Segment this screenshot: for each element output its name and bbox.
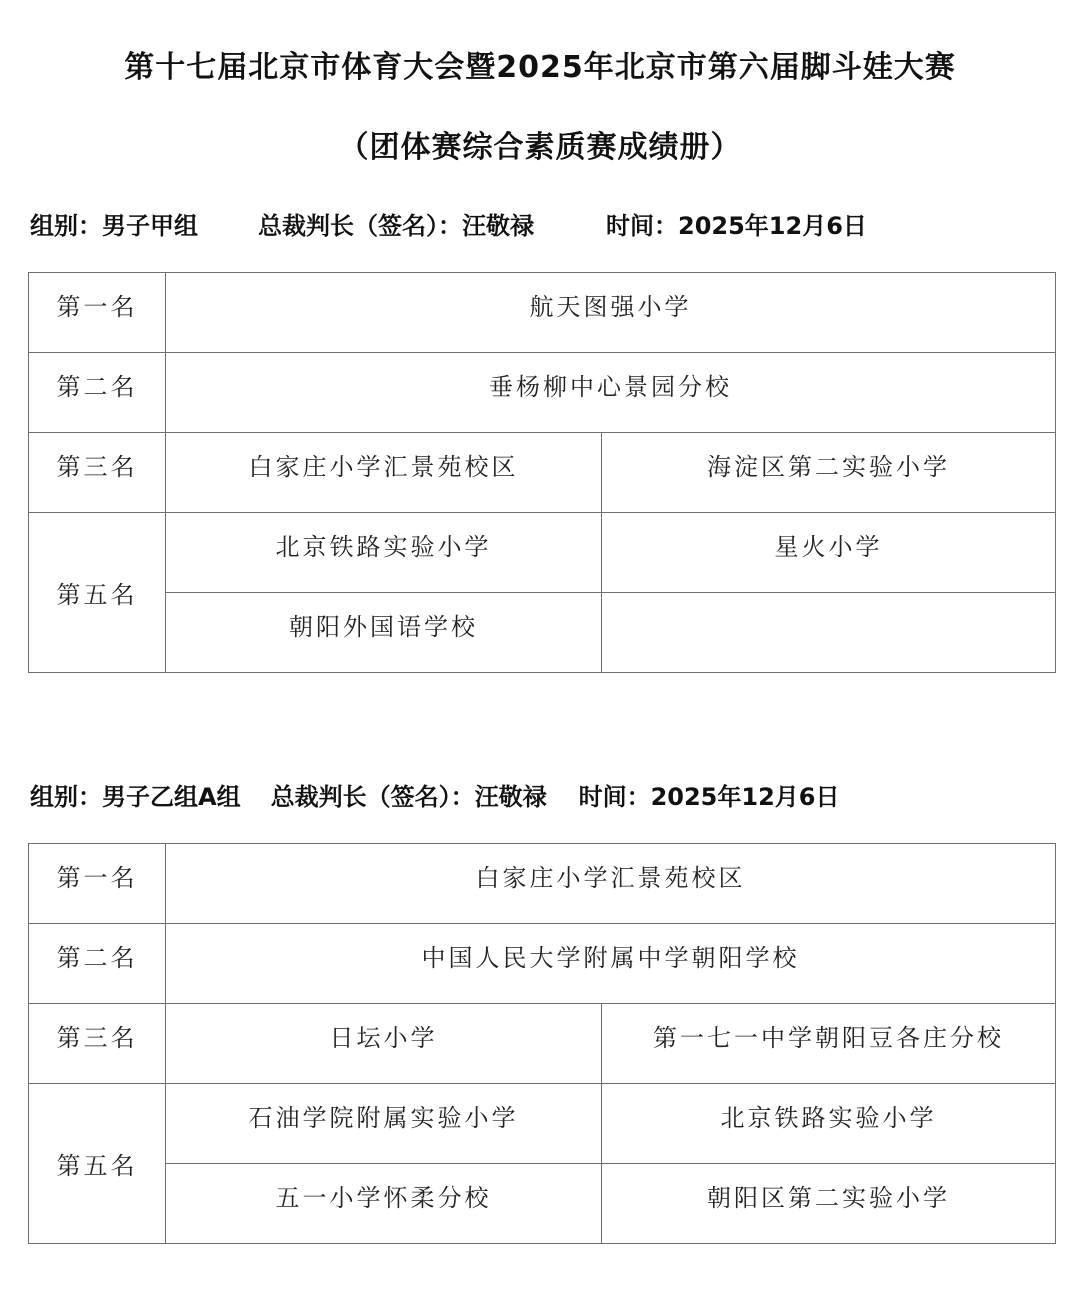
team-cell: 白家庄小学汇景苑校区	[166, 433, 602, 513]
results-table-group-1: 第一名 航天图强小学 第二名 垂杨柳中心景园分校 第三名 白家庄小学汇景苑校区 …	[28, 272, 1056, 673]
rank-label: 第二名	[29, 353, 166, 433]
team-cell: 朝阳区第二实验小学	[602, 1164, 1056, 1244]
team-cell: 白家庄小学汇景苑校区	[166, 844, 1056, 924]
rank-label: 第五名	[29, 1084, 166, 1244]
document-title: 第十七届北京市体育大会暨2025年北京市第六届脚斗娃大赛	[0, 42, 1080, 86]
date-label: 时间：2025年12月6日	[579, 777, 840, 812]
team-cell: 海淀区第二实验小学	[602, 433, 1056, 513]
table-row-first-place: 第一名 白家庄小学汇景苑校区	[29, 844, 1056, 924]
rank-label: 第三名	[29, 433, 166, 513]
rank-label: 第三名	[29, 1004, 166, 1084]
team-cell: 星火小学	[602, 513, 1056, 593]
team-cell: 北京铁路实验小学	[602, 1084, 1056, 1164]
team-cell: 五一小学怀柔分校	[166, 1164, 602, 1244]
rank-label: 第一名	[29, 273, 166, 353]
team-cell: 北京铁路实验小学	[166, 513, 602, 593]
team-cell: 日坛小学	[166, 1004, 602, 1084]
table-row-fifth-place: 第五名 石油学院附属实验小学 北京铁路实验小学	[29, 1084, 1056, 1164]
team-cell: 石油学院附属实验小学	[166, 1084, 602, 1164]
rank-label: 第五名	[29, 513, 166, 673]
referee-label: 总裁判长（签名）：汪敬禄	[258, 206, 534, 241]
referee-label: 总裁判长（签名）：汪敬禄	[271, 777, 547, 812]
rank-label: 第一名	[29, 844, 166, 924]
group-label: 组别：男子甲组	[30, 206, 198, 241]
table-row-fifth-place-cont: 五一小学怀柔分校 朝阳区第二实验小学	[29, 1164, 1056, 1244]
rank-label: 第二名	[29, 924, 166, 1004]
team-cell: 垂杨柳中心景园分校	[166, 353, 1056, 433]
document-subtitle: （团体赛综合素质赛成绩册）	[0, 122, 1080, 166]
team-cell: 朝阳外国语学校	[166, 593, 602, 673]
table-row-second-place: 第二名 垂杨柳中心景园分校	[29, 353, 1056, 433]
date-label: 时间：2025年12月6日	[606, 206, 867, 241]
table-row-first-place: 第一名 航天图强小学	[29, 273, 1056, 353]
team-cell-empty	[602, 593, 1056, 673]
group-1-header: 组别：男子甲组总裁判长（签名）：汪敬禄时间：2025年12月6日	[30, 206, 867, 241]
table-row-second-place: 第二名 中国人民大学附属中学朝阳学校	[29, 924, 1056, 1004]
team-cell: 第一七一中学朝阳豆各庄分校	[602, 1004, 1056, 1084]
table-row-third-place: 第三名 白家庄小学汇景苑校区 海淀区第二实验小学	[29, 433, 1056, 513]
table-row-fifth-place-cont: 朝阳外国语学校	[29, 593, 1056, 673]
group-label: 组别：男子乙组A组	[30, 777, 241, 812]
table-row-third-place: 第三名 日坛小学 第一七一中学朝阳豆各庄分校	[29, 1004, 1056, 1084]
team-cell: 中国人民大学附属中学朝阳学校	[166, 924, 1056, 1004]
group-2-header: 组别：男子乙组A组总裁判长（签名）：汪敬禄时间：2025年12月6日	[30, 777, 839, 812]
team-cell: 航天图强小学	[166, 273, 1056, 353]
table-row-fifth-place: 第五名 北京铁路实验小学 星火小学	[29, 513, 1056, 593]
results-table-group-2: 第一名 白家庄小学汇景苑校区 第二名 中国人民大学附属中学朝阳学校 第三名 日坛…	[28, 843, 1056, 1244]
